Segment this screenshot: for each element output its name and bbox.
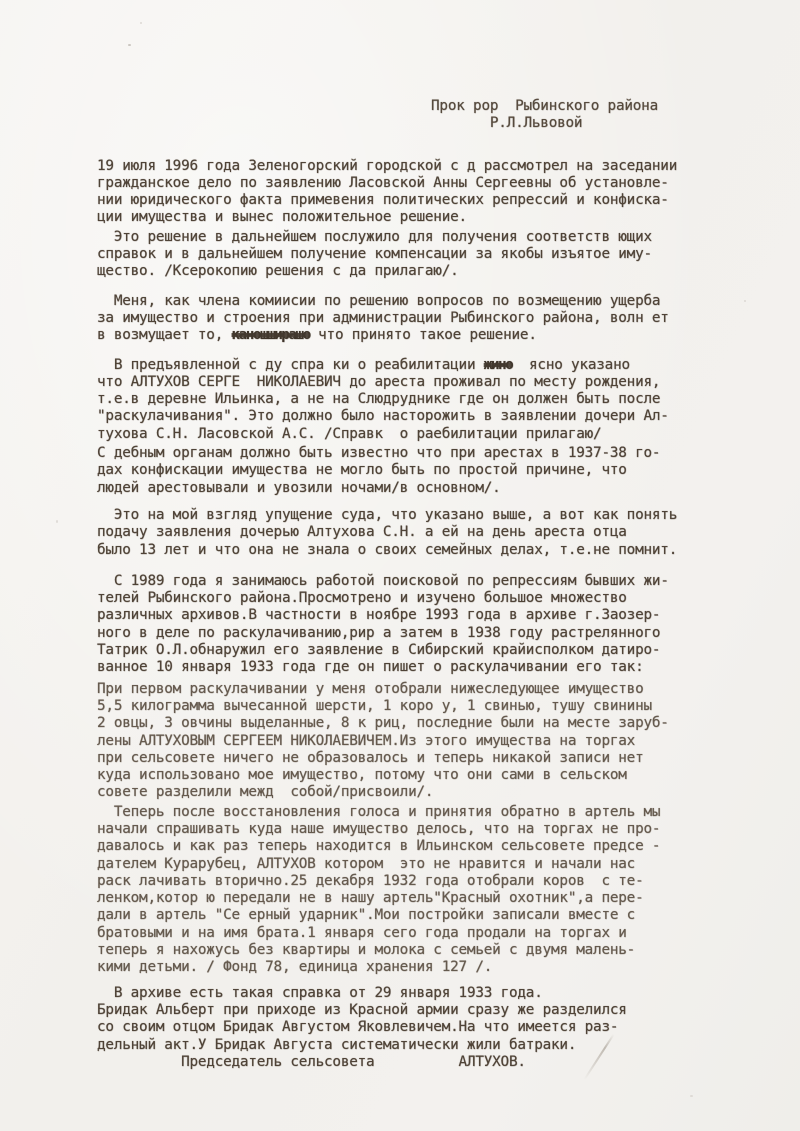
paragraph-rehabilitation-text-start: В предъявленной с ду спра ки о реабилита…	[97, 357, 484, 373]
paper-speck	[140, 22, 142, 24]
overstruck-word: жино	[484, 357, 512, 373]
scanned-document-page: Прок рор Рыбинского района Р.Л.Львовой 1…	[0, 0, 800, 1131]
paper-speck	[56, 520, 58, 523]
paragraph-quoted-statement-first-dekulakization: При первом раскулачивании у меня отобрал…	[97, 681, 742, 802]
paragraph-commission-member: Меня, как члена комиисии по решению вопр…	[97, 293, 742, 345]
paragraph-commission-member-text-end: что принято такое решение.	[310, 327, 537, 343]
paragraph-court-omission: Это на мой взгляд упущение суда, что ука…	[97, 507, 742, 559]
paragraph-archive-research: С 1989 года я занимаюсь работой поисково…	[97, 573, 742, 677]
paragraph-court-decision: 19 июля 1996 года Зеленогорский городско…	[97, 158, 742, 227]
paper-speck	[690, 1095, 693, 1097]
paragraph-rehabilitation-certificate: В предъявленной с ду спра ки о реабилита…	[97, 357, 742, 443]
paragraph-judicial-bodies: С дебным органам должно быть известно чт…	[97, 445, 742, 497]
paragraph-archive-reference-signature: В архиве есть такая справка от 29 января…	[97, 985, 742, 1071]
overstruck-word: каношширашо	[232, 327, 310, 343]
paragraph-quoted-statement-second-dekulakization: Теперь после восстановления голоса и при…	[97, 804, 742, 977]
paper-speck	[744, 300, 746, 302]
addressee-block: Прок рор Рыбинского района Р.Л.Львовой	[431, 98, 742, 133]
document-text-column: Прок рор Рыбинского района Р.Л.Львовой 1…	[97, 98, 742, 1071]
paragraph-decision-consequences: Это решение в дальнейшем послужило для п…	[97, 229, 742, 281]
paper-speck	[128, 44, 131, 46]
